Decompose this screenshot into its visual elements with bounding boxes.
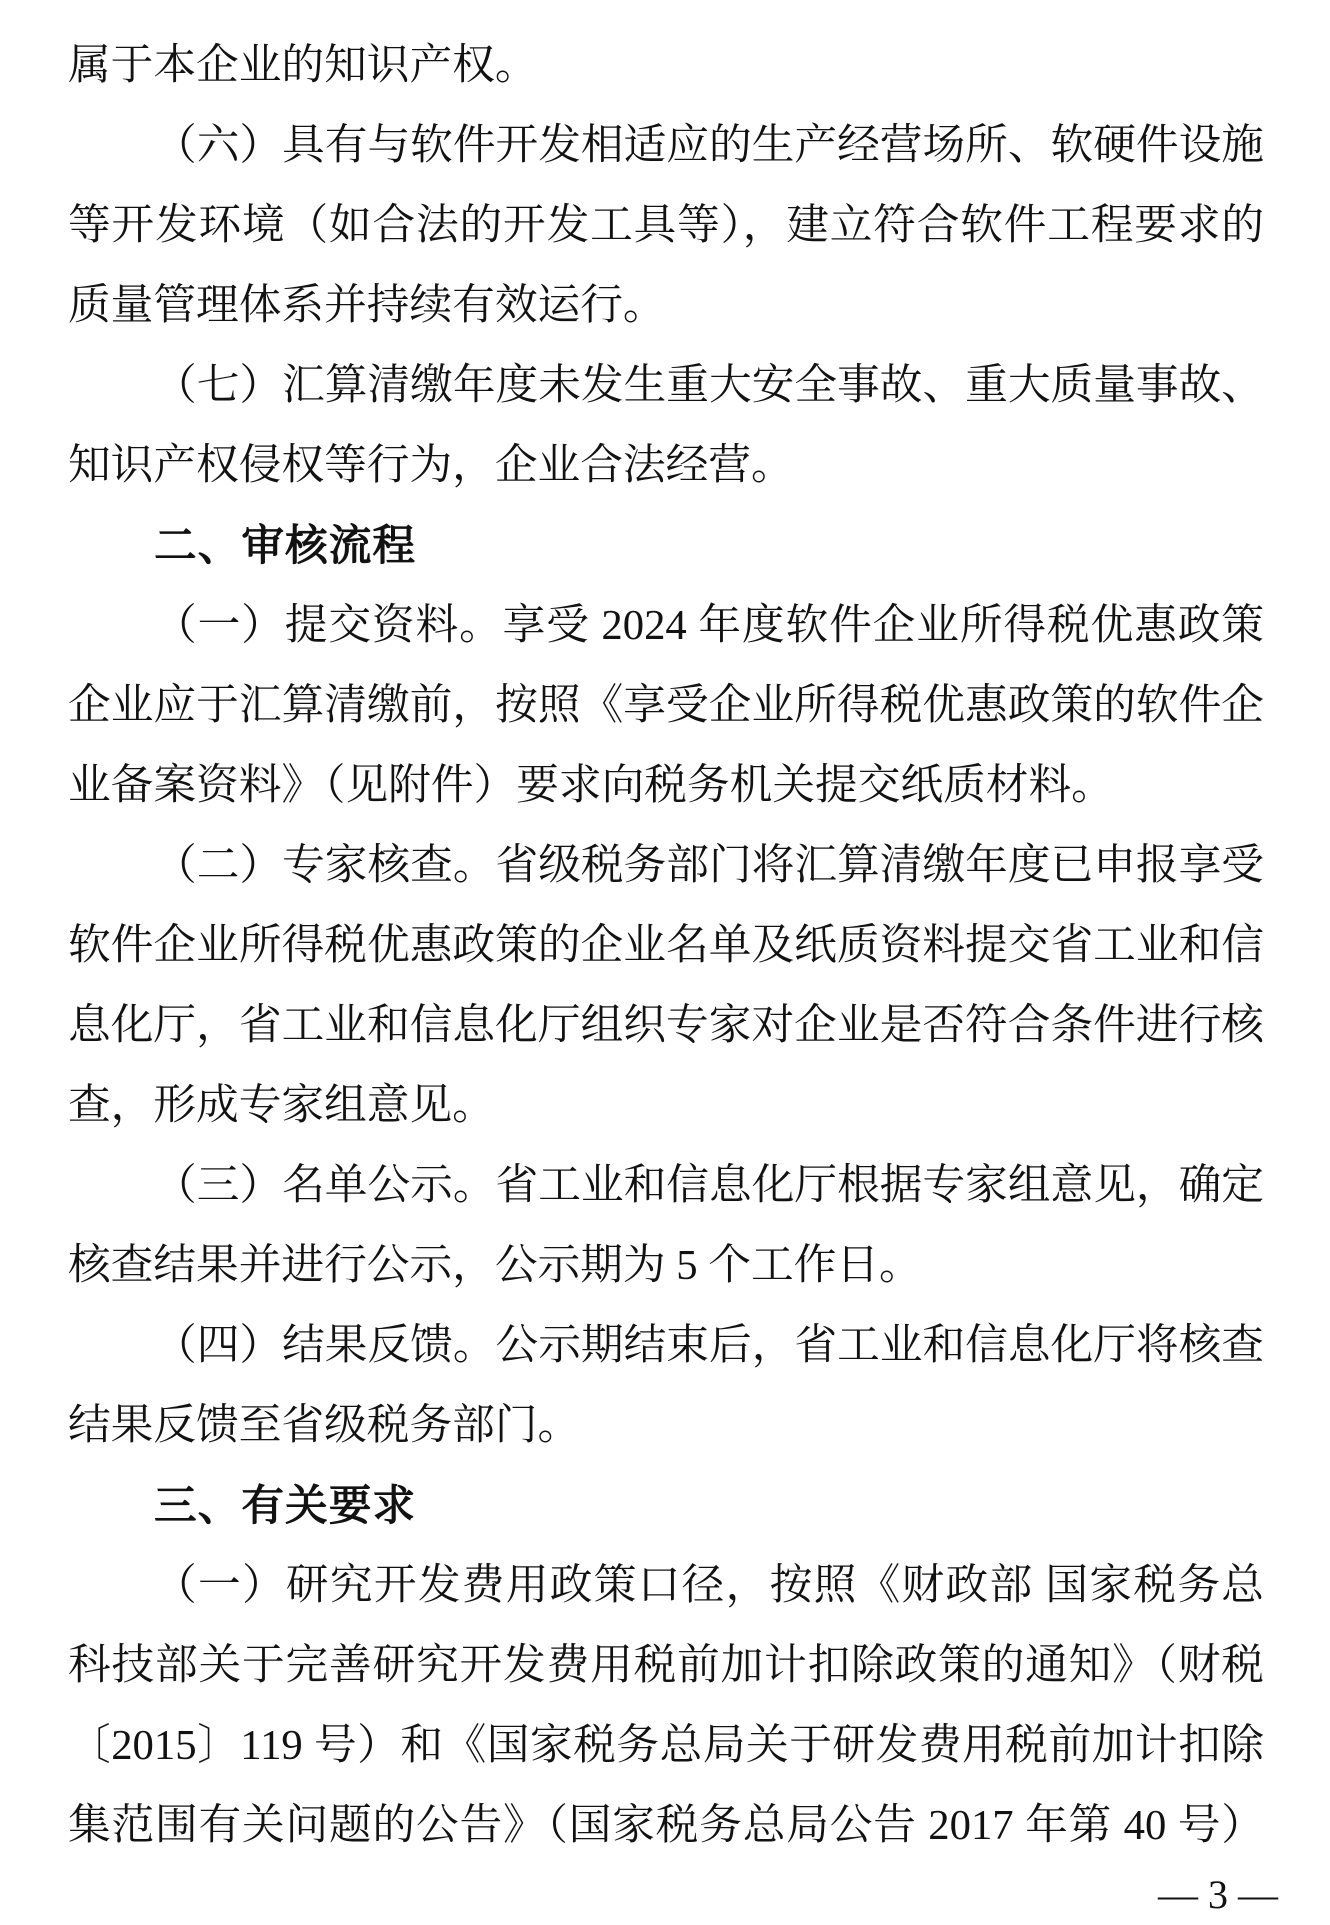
text-line: 〔2015〕119 号）和《国家税务总局关于研发费用税前加计扣除归: [68, 1706, 1264, 1786]
text-line: 软件企业所得税优惠政策的企业名单及纸质资料提交省工业和信: [68, 906, 1264, 986]
text-line: 科技部关于完善研究开发费用税前加计扣除政策的通知》（财税: [68, 1626, 1264, 1706]
text-line: （七）汇算清缴年度未发生重大安全事故、重大质量事故、: [68, 346, 1264, 426]
text-line: 集范围有关问题的公告》（国家税务总局公告 2017 年第 40 号）: [68, 1786, 1264, 1866]
section-heading: 二、审核流程: [68, 506, 1264, 586]
text-line: 质量管理体系并持续有效运行。: [68, 266, 1264, 346]
text-line: 企业应于汇算清缴前，按照《享受企业所得税优惠政策的软件企: [68, 666, 1264, 746]
text-line: （一）提交资料。享受 2024 年度软件企业所得税优惠政策的: [68, 586, 1264, 666]
text-line: （二）专家核查。省级税务部门将汇算清缴年度已申报享受: [68, 826, 1264, 906]
text-line: （一）研究开发费用政策口径，按照《财政部 国家税务总局: [68, 1546, 1264, 1626]
text-line: 业备案资料》（见附件）要求向税务机关提交纸质材料。: [68, 746, 1264, 826]
text-line: 查，形成专家组意见。: [68, 1066, 1264, 1146]
text-line: 属于本企业的知识产权。: [68, 26, 1264, 106]
text-line: （四）结果反馈。公示期结束后，省工业和信息化厅将核查: [68, 1306, 1264, 1386]
section-heading: 三、有关要求: [68, 1466, 1264, 1546]
text-line: 息化厅，省工业和信息化厅组织专家对企业是否符合条件进行核: [68, 986, 1264, 1066]
text-line: （三）名单公示。省工业和信息化厅根据专家组意见，确定: [68, 1146, 1264, 1226]
text-line: 知识产权侵权等行为，企业合法经营。: [68, 426, 1264, 506]
document-body: 属于本企业的知识产权。（六）具有与软件开发相适应的生产经营场所、软硬件设施等开发…: [68, 26, 1264, 1866]
text-line: 核查结果并进行公示，公示期为 5 个工作日。: [68, 1226, 1264, 1306]
text-line: （六）具有与软件开发相适应的生产经营场所、软硬件设施: [68, 106, 1264, 186]
text-line: 结果反馈至省级税务部门。: [68, 1386, 1264, 1466]
document-page: 属于本企业的知识产权。（六）具有与软件开发相适应的生产经营场所、软硬件设施等开发…: [0, 0, 1330, 1925]
page-number: — 3 —: [1158, 1875, 1278, 1915]
text-line: 等开发环境（如合法的开发工具等），建立符合软件工程要求的: [68, 186, 1264, 266]
